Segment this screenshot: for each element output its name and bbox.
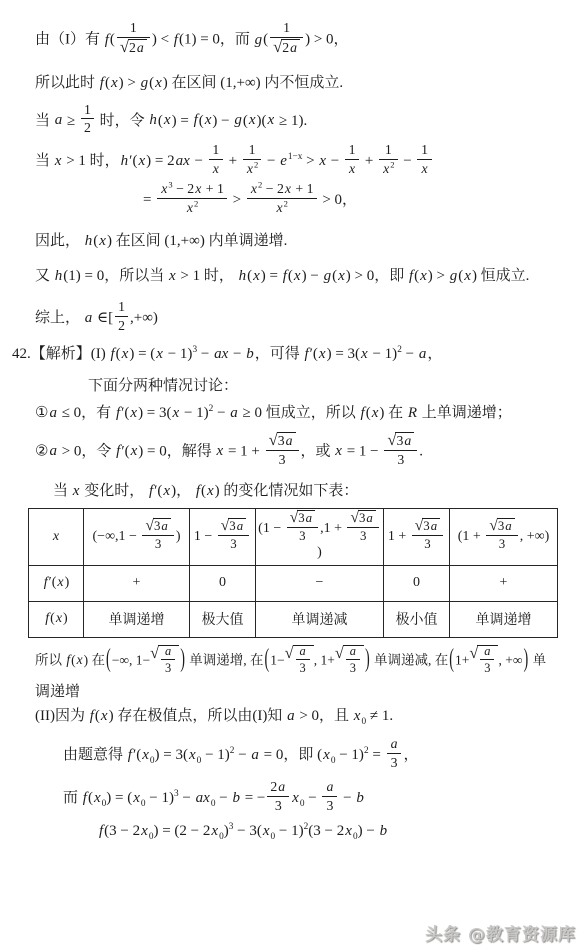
text-run: ) — [65, 575, 70, 590]
math-variable: x — [419, 268, 428, 284]
text-run: (1) = 0，所以当 — [63, 268, 168, 284]
math-variable: x — [337, 268, 346, 284]
math-variable: x — [155, 346, 164, 362]
math-variable: x — [137, 153, 146, 169]
text-run: 3 — [391, 755, 398, 770]
line-h-increasing: 因此， h(x) 在区间 (1,+∞) 内单调递增. — [12, 232, 574, 252]
math-variable: b — [245, 346, 255, 362]
text-run: − — [327, 153, 343, 169]
text-run: − — [197, 346, 213, 362]
text-run: − — [305, 790, 321, 806]
fraction: 1x2 — [243, 142, 261, 177]
math-variable: x — [110, 75, 119, 91]
text-run: ) 在区间 (1,+∞) 内单调递增. — [107, 233, 287, 249]
text-run: 3 — [275, 798, 282, 813]
text-run: ① — [35, 405, 48, 421]
document-page: 由（I）有 f(1√2a) < f(1) = 0，而 g(1√2a) > 0，所… — [0, 0, 584, 951]
text-run: − — [402, 346, 418, 362]
math-variable: h — [84, 233, 94, 249]
text-run: (3 − 2 — [104, 823, 140, 839]
math-variable: x — [212, 161, 220, 176]
text-run: ) − — [212, 112, 233, 128]
text-run: (3 − 2 — [308, 823, 344, 839]
text-run: ∈[ — [93, 310, 113, 326]
sqrt-radical: √3a — [415, 518, 440, 534]
text-run: 当 — [35, 112, 54, 128]
text-run: ) 的变化情况如下表： — [215, 483, 359, 499]
text-run: ) = 3( — [138, 405, 171, 421]
text-run: 极大值 — [202, 613, 244, 628]
math-variable: x — [132, 790, 141, 806]
text-run: 3 — [165, 661, 171, 675]
math-variable: a — [483, 644, 491, 658]
text-run: ) > 0，即 — [346, 268, 408, 284]
text-run: ) — [317, 545, 322, 560]
line-h1-zero-conclusion: 又 h(1) = 0，所以当 x > 1 时， h(x) = f(x) − g(… — [12, 267, 574, 287]
text-run: 单调递增 — [476, 613, 532, 628]
math-variable: a — [84, 310, 94, 326]
document-content: 由（I）有 f(1√2a) < f(1) = 0，而 g(1√2a) > 0，所… — [0, 0, 584, 841]
line-q42-setup: 42.【解析】(I) f(x) = (x − 1)3 − ax − b，可得 f… — [12, 345, 574, 365]
text-run: = 1 + — [224, 443, 263, 459]
text-run: = 0，即 ( — [260, 747, 322, 763]
math-variable: h — [54, 268, 64, 284]
table-header-cell: 1 − √3a3 — [190, 508, 256, 565]
table-cell: 极小值 — [384, 601, 450, 637]
fraction: 12 — [81, 102, 94, 137]
line-derivative-zero: 由题意得 f′(x0) = 3(x0 − 1)2 − a = 0，即 (x0 −… — [12, 738, 574, 773]
math-variable: a — [54, 112, 64, 128]
math-variable: x — [420, 161, 428, 176]
math-variable: x — [188, 747, 197, 763]
text-run: + 1 — [202, 181, 224, 196]
text-run: > 1 时， — [177, 268, 238, 284]
math-variable: x — [154, 75, 163, 91]
text-run: 3 — [155, 537, 161, 551]
math-variable: g — [233, 112, 243, 128]
text-run: , 1+ — [314, 652, 335, 667]
text-run: 由（I）有 — [35, 32, 104, 48]
math-variable: g — [140, 75, 150, 91]
text-run: 3 — [229, 519, 235, 533]
text-run: 1 — [118, 299, 125, 314]
text-run: ) = 3( — [327, 346, 360, 362]
sqrt-radical: √3a — [269, 432, 296, 449]
text-run: 时，令 — [96, 112, 149, 128]
math-variable: ax — [175, 153, 191, 169]
math-variable: x — [291, 790, 300, 806]
text-run: 0 — [219, 575, 226, 590]
table-cell: 单调递增 — [450, 601, 558, 637]
math-variable: x — [56, 575, 64, 590]
text-run: − 3( — [233, 823, 261, 839]
text-run: ) 在区间 (1,+∞) 内不恒成立. — [163, 75, 343, 91]
math-variable: a — [286, 708, 296, 724]
math-variable: a — [325, 779, 334, 794]
text-run: ， — [403, 747, 418, 763]
fraction: 1x2 — [379, 142, 397, 177]
text-run: ) — [176, 529, 181, 544]
text-run: ) − — [358, 823, 379, 839]
big-paren: ) — [179, 642, 186, 676]
text-run: ，可得 — [255, 346, 304, 362]
text-run: = − — [241, 790, 265, 806]
math-variable: a — [289, 40, 298, 55]
table-header-cell: (1 + √3a3, +∞) — [450, 508, 558, 565]
math-variable: x — [318, 346, 327, 362]
text-run: ) > — [119, 75, 140, 91]
text-run: (1) = 0，而 — [179, 32, 254, 48]
math-variable: a — [403, 433, 412, 448]
text-run: 3 — [397, 452, 404, 467]
text-run: − — [215, 790, 231, 806]
text-run: )( — [257, 112, 267, 128]
text-run: ′( — [310, 346, 318, 362]
math-variable: b — [231, 790, 241, 806]
text-run: 3 — [230, 537, 236, 551]
math-variable: h — [148, 112, 158, 128]
text-run: (1 − — [258, 521, 285, 536]
math-variable: a — [299, 644, 307, 658]
text-run: − 1) — [335, 747, 363, 763]
text-run: 由题意得 — [63, 747, 127, 763]
text-run: 1 — [130, 20, 137, 35]
math-variable: x — [246, 161, 254, 176]
math-variable: x — [262, 823, 271, 839]
math-variable: x — [248, 112, 257, 128]
text-run: 2 — [129, 40, 136, 55]
line-two-cases: 下面分两种情况讨论： — [12, 377, 574, 397]
text-run: + 1 — [292, 181, 314, 196]
math-variable: a — [305, 511, 313, 525]
math-variable: b — [379, 823, 389, 839]
text-run: 1 − — [194, 529, 216, 544]
text-run: 3 — [298, 511, 304, 525]
text-run: − 1) — [146, 790, 174, 806]
text-run: ( — [263, 32, 268, 48]
line-not-always-hold: 所以此时 f(x) > g(x) 在区间 (1,+∞) 内不恒成立. — [12, 74, 574, 94]
text-run: ) 在 — [84, 652, 105, 667]
text-run: ) — [63, 611, 68, 626]
text-run: ) − — [302, 268, 323, 284]
line-case1: ①a ≤ 0，有 f′(x) = 3(x − 1)2 − a ≥ 0 恒成立，所… — [12, 404, 574, 424]
text-run: − — [179, 790, 195, 806]
big-paren: ( — [105, 642, 112, 676]
text-run: ≥ 1). — [275, 112, 307, 128]
text-run: − — [263, 153, 279, 169]
text-run: ( — [199, 112, 204, 128]
text-run: 当 — [53, 483, 72, 499]
math-variable: a — [250, 747, 260, 763]
variation-table: x(−∞,1 − √3a3)1 − √3a3(1 − √3a3,1 + √3a3… — [28, 508, 558, 638]
line-h-prime-inequality: 当 x > 1 时，h′(x) = 2ax − 1x + 1x2 − e1−x … — [12, 144, 574, 179]
fraction: 1x — [345, 142, 359, 177]
math-variable: x — [100, 708, 109, 724]
math-variable: x — [250, 181, 258, 196]
superscript: 2 — [284, 198, 288, 208]
fraction: x3 − 2x + 1x2 — [157, 181, 227, 216]
text-run: 3 — [326, 798, 333, 813]
text-run: > — [302, 153, 318, 169]
math-variable: g — [323, 268, 333, 284]
math-variable: a — [504, 519, 512, 533]
math-variable: a — [277, 779, 286, 794]
text-run: > — [229, 192, 245, 208]
text-run: ② — [35, 443, 48, 459]
text-run: −∞, 1− — [112, 652, 150, 667]
math-variable: h — [120, 153, 130, 169]
fraction: a3 — [161, 644, 175, 676]
text-run: . — [419, 443, 423, 459]
text-run: 1 — [212, 142, 219, 157]
watermark: 头条 @教育资源库 — [425, 920, 576, 945]
text-run: ) = ( — [129, 346, 155, 362]
math-variable: a — [418, 346, 428, 362]
text-run: ) = ( — [106, 790, 132, 806]
big-paren: ( — [448, 642, 455, 676]
text-run: − — [316, 575, 324, 590]
table-cell: + — [450, 565, 558, 601]
math-variable: x — [206, 483, 215, 499]
text-run: 3 — [484, 661, 490, 675]
text-run: 单调递减 — [292, 613, 348, 628]
math-variable: a — [365, 511, 373, 525]
line-from-part-I: 由（I）有 f(1√2a) < f(1) = 0，而 g(1√2a) > 0， — [12, 22, 574, 58]
text-run: 所以此时 — [35, 75, 99, 91]
text-run: ,1 + — [320, 521, 345, 536]
math-variable: a — [164, 644, 172, 658]
text-run: − 2 — [173, 181, 195, 196]
math-variable: x — [52, 529, 60, 544]
text-run: ) = — [172, 112, 193, 128]
text-run: − 1) — [164, 346, 192, 362]
sqrt-radical: √3a — [145, 518, 170, 534]
text-run: (II)因为 — [35, 708, 89, 724]
text-run: ′( — [121, 443, 129, 459]
text-run: ， — [427, 346, 442, 362]
text-run: 单调递增 — [109, 613, 165, 628]
text-run: ) > — [428, 268, 449, 284]
text-run: ( — [71, 652, 76, 667]
big-paren: ) — [364, 642, 371, 676]
line-case-a-ge-half: 当 a ≥ 12 时，令 h(x) = f(x) − g(x)(x ≥ 1). — [12, 104, 574, 139]
math-variable: x — [348, 161, 356, 176]
text-run: + — [361, 153, 377, 169]
fraction: a3 — [480, 644, 494, 676]
math-variable: a — [48, 443, 58, 459]
big-paren: ( — [264, 642, 271, 676]
superscript: 2 — [254, 160, 258, 170]
line-monotonic-summary: 所以 f(x) 在(−∞, 1−√a3) 单调递增, 在(1−√a3, 1+√a… — [12, 645, 574, 678]
text-run: 3 — [360, 529, 366, 543]
math-variable: x — [130, 443, 139, 459]
text-run: ′( — [133, 747, 141, 763]
fraction: √3a3 — [486, 518, 517, 552]
math-variable: a — [48, 405, 58, 421]
math-variable: g — [449, 268, 459, 284]
text-run: − 2 — [262, 181, 284, 196]
math-variable: x — [344, 823, 353, 839]
text-run: > 1 时， — [62, 153, 119, 169]
text-run: 3 — [423, 519, 429, 533]
table-header-cell: (1 − √3a3,1 + √3a3) — [256, 508, 384, 565]
text-run: ) 在 — [379, 405, 407, 421]
text-run: 3 — [424, 537, 430, 551]
fraction: a3 — [387, 736, 402, 771]
superscript: 1−x — [288, 152, 303, 162]
text-run: ，或 — [301, 443, 335, 459]
text-run: + — [133, 575, 141, 590]
fraction: 1x — [209, 142, 223, 177]
text-run: 下面分两种情况讨论： — [88, 378, 238, 394]
sqrt-radical: √3a — [387, 432, 414, 449]
fraction: 1√2a — [270, 20, 303, 56]
math-variable: x — [334, 443, 343, 459]
text-run: > 0， — [319, 192, 357, 208]
math-variable: x — [140, 823, 149, 839]
math-variable: a — [136, 40, 145, 55]
math-variable: ax — [195, 790, 211, 806]
sqrt-radical: √3a — [221, 518, 246, 534]
text-run: 而 — [63, 790, 82, 806]
math-variable: a — [390, 736, 399, 751]
fraction: √3a3 — [142, 518, 173, 552]
text-run: 1 — [84, 102, 91, 117]
text-run: (−∞,1 − — [93, 529, 141, 544]
text-run: + — [500, 575, 508, 590]
text-run: > 0，且 — [296, 708, 353, 724]
line-part2-start: (II)因为 f(x) 存在极值点，所以由(I)知 a > 0，且 x0 ≠ 1… — [12, 707, 574, 727]
table-row: x(−∞,1 − √3a3)1 − √3a3(1 − √3a3,1 + √3a3… — [29, 508, 558, 565]
math-variable: x — [93, 790, 102, 806]
fraction: √3a3 — [412, 518, 443, 552]
fraction: a3 — [346, 644, 360, 676]
text-run: 3 — [300, 661, 306, 675]
fraction: √3a3 — [347, 510, 378, 544]
math-variable: x — [216, 443, 225, 459]
math-variable: x — [284, 181, 292, 196]
text-run: 1− — [270, 652, 284, 667]
line-fraction-comparison: = x3 − 2x + 1x2 > x2 − 2x + 1x2 > 0， — [12, 183, 574, 218]
fraction: √3a3 — [266, 432, 299, 468]
math-variable: a — [430, 519, 438, 533]
math-variable: a — [285, 433, 294, 448]
table-cell: + — [84, 565, 190, 601]
text-run: 2 — [84, 120, 91, 135]
math-variable: R — [407, 405, 418, 421]
text-run: ,+∞) — [130, 310, 158, 326]
text-run: 1 — [421, 142, 428, 157]
fraction: 2a3 — [267, 779, 289, 814]
text-run: 1 — [283, 20, 290, 35]
sqrt-radical: √3a — [350, 510, 375, 526]
text-run: 3 — [350, 661, 356, 675]
text-run: ) 恒成立. — [472, 268, 530, 284]
fraction: √3a3 — [218, 518, 249, 552]
text-run: 调递增 — [35, 684, 80, 700]
math-variable: x — [163, 112, 172, 128]
sqrt-radical: √2a — [273, 39, 300, 56]
math-variable: x — [293, 268, 302, 284]
math-variable: x — [55, 611, 63, 626]
text-run: − — [339, 790, 355, 806]
text-run: ≥ 0 恒成立，所以 — [239, 405, 360, 421]
math-variable: x — [172, 405, 181, 421]
text-run: 变化时， — [80, 483, 148, 499]
text-run: ( — [366, 405, 371, 421]
text-run: 又 — [35, 268, 54, 284]
fraction: 12 — [115, 299, 128, 334]
text-run: 综上， — [35, 310, 84, 326]
sqrt-radical: √a3 — [285, 645, 314, 678]
text-run: − 1) — [201, 747, 229, 763]
text-run: − — [213, 405, 229, 421]
fraction: 1x — [417, 142, 431, 177]
text-run: ≥ — [63, 112, 79, 128]
math-variable: a — [236, 519, 244, 533]
table-cell: 单调递减 — [256, 601, 384, 637]
text-run: = 1 − — [343, 443, 382, 459]
table-cell: 0 — [384, 565, 450, 601]
math-variable: a — [229, 405, 239, 421]
fraction: x2 − 2x + 1x2 — [247, 181, 317, 216]
text-run: 1 — [349, 142, 356, 157]
text-run: ≠ 1. — [366, 708, 393, 724]
text-run: 因此， — [35, 233, 84, 249]
text-run: + — [225, 153, 241, 169]
math-variable: x — [210, 823, 219, 839]
text-run: 1 + — [388, 529, 410, 544]
sqrt-radical: √2a — [120, 39, 147, 56]
table-cell: 0 — [190, 565, 256, 601]
math-variable: b — [355, 790, 365, 806]
text-run: 所以 — [35, 652, 65, 667]
text-run: )， — [171, 483, 195, 499]
math-variable: g — [254, 32, 264, 48]
math-variable: a — [160, 519, 168, 533]
table-row: f(x)单调递增极大值单调递减极小值单调递增 — [29, 601, 558, 637]
text-run: − — [191, 153, 207, 169]
line-case2: ②a > 0，令 f′(x) = 0，解得 x = 1 + √3a3，或 x =… — [12, 434, 574, 470]
text-run: − — [229, 346, 245, 362]
math-variable: x — [322, 747, 331, 763]
text-run: ) = 3( — [155, 747, 188, 763]
table-header-cell: x — [29, 508, 84, 565]
text-run: ≤ 0，有 — [58, 405, 115, 421]
line-f-3-minus-2x0: f(3 − 2x0) = (2 − 2x0)3 − 3(x0 − 1)2(3 −… — [12, 822, 574, 842]
text-run: − — [234, 747, 250, 763]
text-run: 极小值 — [396, 613, 438, 628]
table-cell: 单调递增 — [84, 601, 190, 637]
text-run: ) < — [152, 32, 173, 48]
math-variable: x — [129, 405, 138, 421]
text-run: > 0，令 — [58, 443, 115, 459]
text-run: ) = 2 — [146, 153, 174, 169]
text-run: 单 — [529, 652, 546, 667]
fraction: √3a3 — [287, 510, 318, 544]
math-variable: x — [360, 346, 369, 362]
text-run: 0 — [413, 575, 420, 590]
line-monotonic-wrap: 调递增 — [12, 683, 574, 703]
text-run: ( — [110, 32, 115, 48]
text-run: − 1) — [275, 823, 303, 839]
math-variable: x — [186, 200, 194, 215]
sqrt-radical: √3a — [290, 510, 315, 526]
math-variable: x — [98, 233, 107, 249]
text-run: 3 — [299, 529, 305, 543]
text-run: 当 — [35, 153, 54, 169]
line-table-intro: 当 x 变化时， f′(x)， f(x) 的变化情况如下表： — [12, 482, 574, 502]
